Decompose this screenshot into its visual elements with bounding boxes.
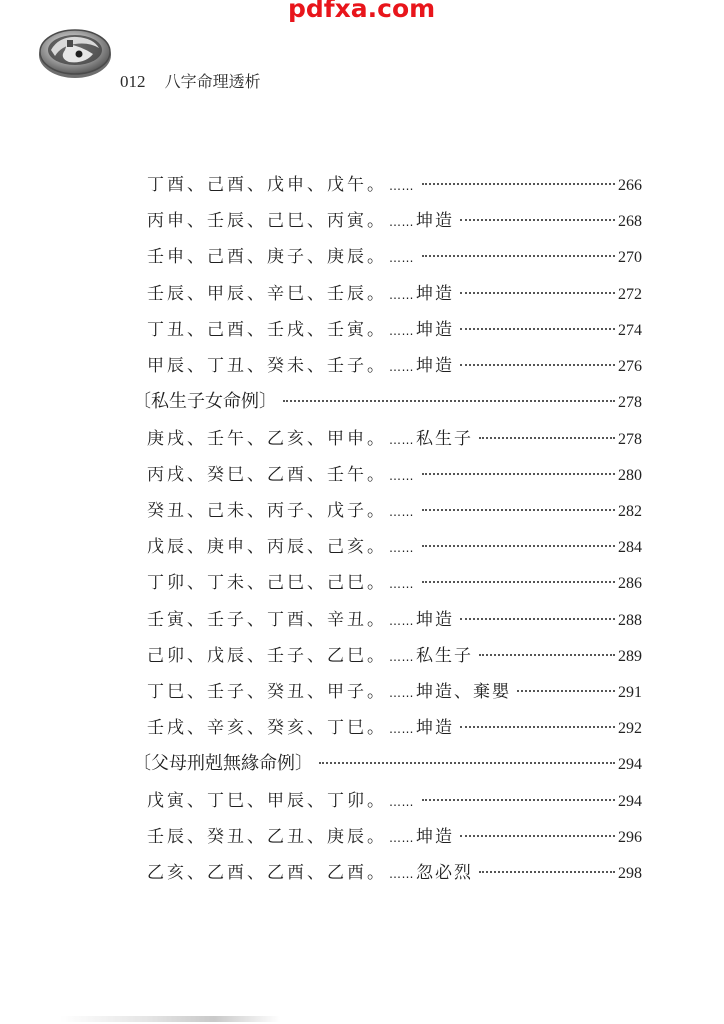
- toc-entry-page: 278: [618, 431, 642, 449]
- toc-entry-pillars: 己卯、戊辰、壬子、乙巳。: [147, 641, 387, 666]
- toc-entry-dots: ……: [389, 541, 414, 555]
- toc-section-heading[interactable]: 〔父母刑剋無緣命例〕 294: [133, 749, 642, 775]
- toc-entry-dots: ……: [389, 722, 414, 736]
- toc-entry-pillars: 丁酉、己酉、戊申、戊午。: [147, 170, 387, 195]
- toc-entry-pillars: 壬辰、癸丑、乙丑、庚辰。: [147, 822, 387, 847]
- toc-entry-dots: ……: [389, 577, 414, 591]
- toc-entry-dots: ……: [389, 614, 414, 628]
- toc-entry-pillars: 甲辰、丁丑、癸未、壬子。: [147, 351, 387, 376]
- toc-entry-pillars: 庚戌、壬午、乙亥、甲申。: [147, 424, 387, 449]
- toc-entry-pillars: 癸丑、己未、丙子、戊子。: [147, 496, 387, 521]
- dot-leader: [422, 509, 615, 511]
- toc-entry-note: 私生子: [416, 424, 473, 449]
- scan-edge-artifact: [60, 1016, 280, 1022]
- toc-entry-dots: ……: [389, 867, 414, 881]
- toc-entry-dots: ……: [389, 433, 414, 447]
- dot-leader: [517, 690, 615, 692]
- dot-leader: [479, 871, 615, 873]
- toc-entry-page: 280: [618, 467, 642, 485]
- toc-entry[interactable]: 丙戌、癸巳、乙酉、壬午。 …… 280: [147, 460, 642, 486]
- toc-entry[interactable]: 壬戌、辛亥、癸亥、丁巳。 …… 坤造 292: [147, 713, 642, 739]
- coin-icon: [37, 24, 113, 80]
- dot-leader: [422, 545, 615, 547]
- toc-entry-note: 坤造: [416, 206, 454, 231]
- toc-entry[interactable]: 壬寅、壬子、丁酉、辛丑。 …… 坤造 288: [147, 605, 642, 631]
- toc-entry-note: 坤造: [416, 279, 454, 304]
- toc-entry-dots: ……: [389, 179, 414, 193]
- toc-entry[interactable]: 戊辰、庚申、丙辰、己亥。 …… 284: [147, 532, 642, 558]
- toc-entry-note: 坤造: [416, 822, 454, 847]
- dot-leader: [479, 437, 615, 439]
- dot-leader: [460, 219, 615, 221]
- toc-entry-page: 294: [618, 793, 642, 811]
- header-page-number: 012: [120, 72, 146, 91]
- toc-entry-page: 284: [618, 539, 642, 557]
- page-header: 012 八字命理透析: [120, 69, 261, 92]
- toc-entry-page: 288: [618, 612, 642, 630]
- dot-leader: [460, 618, 615, 620]
- toc-entry-page: 266: [618, 177, 642, 195]
- toc-entry-page: 289: [618, 648, 642, 666]
- toc-section-page: 278: [618, 394, 642, 412]
- dot-leader: [422, 581, 615, 583]
- toc-entry[interactable]: 乙亥、乙酉、乙酉、乙酉。 …… 忽必烈 298: [147, 858, 642, 884]
- toc-entry-note: 忽必烈: [416, 858, 473, 883]
- toc-entry[interactable]: 壬辰、癸丑、乙丑、庚辰。 …… 坤造 296: [147, 822, 642, 848]
- toc-entry-pillars: 丙戌、癸巳、乙酉、壬午。: [147, 460, 387, 485]
- toc-entry-page: 272: [618, 286, 642, 304]
- toc-entry-page: 274: [618, 322, 642, 340]
- toc-entry-pillars: 丁卯、丁未、己巳、己巳。: [147, 568, 387, 593]
- toc-entry[interactable]: 丁巳、壬子、癸丑、甲子。 …… 坤造、棄嬰 291: [147, 677, 642, 703]
- toc-entry-page: 276: [618, 358, 642, 376]
- toc-entry-pillars: 戊寅、丁巳、甲辰、丁卯。: [147, 786, 387, 811]
- dot-leader: [460, 364, 615, 366]
- toc-entry-dots: ……: [389, 324, 414, 338]
- toc-entry[interactable]: 戊寅、丁巳、甲辰、丁卯。 …… 294: [147, 786, 642, 812]
- toc-entry-dots: ……: [389, 215, 414, 229]
- toc-entry-note: 私生子: [416, 641, 473, 666]
- toc-entry[interactable]: 己卯、戊辰、壬子、乙巳。 …… 私生子 289: [147, 641, 642, 667]
- toc-entry-pillars: 乙亥、乙酉、乙酉、乙酉。: [147, 858, 387, 883]
- toc-entry-note: 坤造: [416, 605, 454, 630]
- toc-entry[interactable]: 丁卯、丁未、己巳、己巳。 …… 286: [147, 568, 642, 594]
- toc-entry-note: 坤造: [416, 315, 454, 340]
- toc-entry-dots: ……: [389, 686, 414, 700]
- toc-entry-dots: ……: [389, 505, 414, 519]
- toc-entry-pillars: 戊辰、庚申、丙辰、己亥。: [147, 532, 387, 557]
- toc-entry-pillars: 丁巳、壬子、癸丑、甲子。: [147, 677, 387, 702]
- toc-entry-dots: ……: [389, 251, 414, 265]
- toc-entry[interactable]: 丙申、壬辰、己巳、丙寅。 …… 坤造 268: [147, 206, 642, 232]
- toc-entry-note: 坤造、棄嬰: [416, 677, 511, 702]
- toc-entry-dots: ……: [389, 650, 414, 664]
- toc-entry-pillars: 壬戌、辛亥、癸亥、丁巳。: [147, 713, 387, 738]
- toc-entry-pillars: 丙申、壬辰、己巳、丙寅。: [147, 206, 387, 231]
- toc-entry[interactable]: 甲辰、丁丑、癸未、壬子。 …… 坤造 276: [147, 351, 642, 377]
- toc-entry-page: 270: [618, 249, 642, 267]
- toc-entry-page: 292: [618, 720, 642, 738]
- toc-entry[interactable]: 丁酉、己酉、戊申、戊午。 …… 266: [147, 170, 642, 196]
- dot-leader: [283, 400, 615, 402]
- dot-leader: [460, 292, 615, 294]
- book-title: 八字命理透析: [165, 72, 261, 91]
- toc-entry[interactable]: 壬辰、甲辰、辛巳、壬辰。 …… 坤造 272: [147, 279, 642, 305]
- toc-entry-page: 291: [618, 684, 642, 702]
- toc-entry-page: 282: [618, 503, 642, 521]
- toc-section-heading[interactable]: 〔私生子女命例〕 278: [133, 387, 642, 413]
- toc-section-title: 〔父母刑剋無緣命例〕: [133, 749, 313, 775]
- toc-entry-pillars: 壬辰、甲辰、辛巳、壬辰。: [147, 279, 387, 304]
- toc-entry-pillars: 丁丑、己酉、壬戌、壬寅。: [147, 315, 387, 340]
- toc-entry-page: 298: [618, 865, 642, 883]
- dot-leader: [422, 255, 615, 257]
- toc-entry[interactable]: 壬申、己酉、庚子、庚辰。 …… 270: [147, 242, 642, 268]
- dot-leader: [460, 835, 615, 837]
- toc-entry[interactable]: 癸丑、己未、丙子、戊子。 …… 282: [147, 496, 642, 522]
- toc-entry-note: 坤造: [416, 713, 454, 738]
- dot-leader: [422, 183, 615, 185]
- toc-entry-note: 坤造: [416, 351, 454, 376]
- toc-entry[interactable]: 庚戌、壬午、乙亥、甲申。 …… 私生子 278: [147, 424, 642, 450]
- toc-entry-dots: ……: [389, 360, 414, 374]
- toc-entry-dots: ……: [389, 831, 414, 845]
- dot-leader: [460, 726, 615, 728]
- toc-entry[interactable]: 丁丑、己酉、壬戌、壬寅。 …… 坤造 274: [147, 315, 642, 341]
- toc-entry-dots: ……: [389, 469, 414, 483]
- toc-entry-dots: ……: [389, 795, 414, 809]
- dot-leader: [479, 654, 615, 656]
- dot-leader: [460, 328, 615, 330]
- dot-leader: [319, 762, 615, 764]
- toc-entry-pillars: 壬申、己酉、庚子、庚辰。: [147, 242, 387, 267]
- toc-section-title: 〔私生子女命例〕: [133, 387, 277, 413]
- watermark: pdfxa.com: [288, 0, 435, 23]
- dot-leader: [422, 799, 615, 801]
- toc-entry-page: 268: [618, 213, 642, 231]
- toc-entry-pillars: 壬寅、壬子、丁酉、辛丑。: [147, 605, 387, 630]
- toc-entry-dots: ……: [389, 288, 414, 302]
- toc-entry-page: 286: [618, 575, 642, 593]
- toc-entry-page: 296: [618, 829, 642, 847]
- dot-leader: [422, 473, 615, 475]
- toc-section-page: 294: [618, 756, 642, 774]
